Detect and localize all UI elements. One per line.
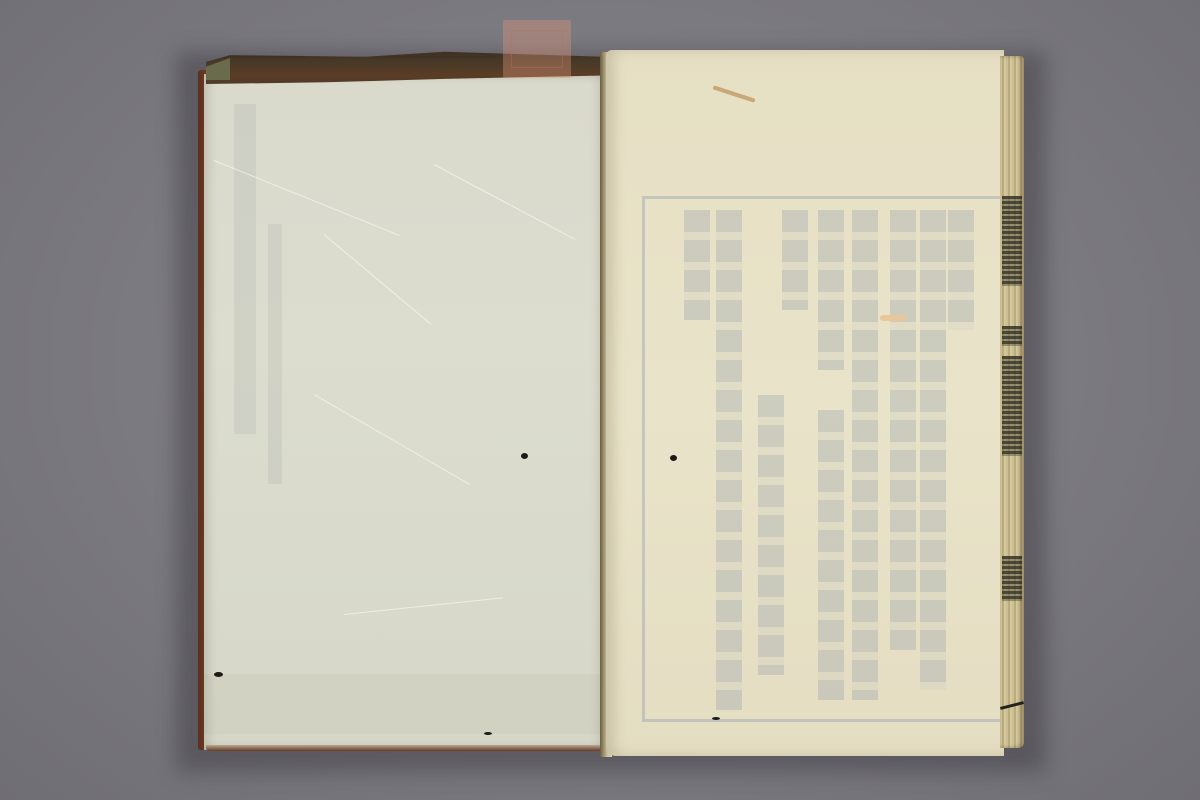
show-through-mark xyxy=(204,674,606,734)
ink-spot xyxy=(214,672,223,677)
paper-stain xyxy=(880,315,906,321)
fore-edge-mark xyxy=(1002,556,1022,601)
paper-crease xyxy=(434,164,576,240)
ink-spot xyxy=(712,717,720,720)
fore-edge-mark xyxy=(1002,356,1022,456)
text-column-bleed-through xyxy=(948,210,974,330)
text-column-bleed-through xyxy=(782,210,808,310)
seal-overlay xyxy=(503,20,571,78)
text-column-bleed-through xyxy=(716,210,742,710)
text-column-bleed-through xyxy=(818,210,844,370)
show-through-mark xyxy=(234,104,256,434)
left-cover-bottom-edge xyxy=(206,745,606,751)
book-fore-edge xyxy=(1000,56,1024,748)
ink-spot xyxy=(521,453,528,459)
paper-crease xyxy=(344,597,503,615)
seal-border xyxy=(511,30,563,68)
show-through-mark xyxy=(268,224,282,484)
fore-edge-mark xyxy=(1002,326,1022,346)
ink-spot xyxy=(670,455,677,461)
fore-edge-ink-line xyxy=(1000,701,1024,710)
ink-spot xyxy=(484,732,492,735)
text-column-bleed-through xyxy=(684,210,710,320)
fore-edge-mark xyxy=(1002,196,1022,286)
text-column-bleed-through xyxy=(890,210,916,650)
paper-crease xyxy=(324,234,432,325)
text-column-bleed-through xyxy=(920,210,946,690)
text-column-bleed-through xyxy=(852,210,878,700)
paper-crease xyxy=(314,394,470,485)
text-column-bleed-through xyxy=(818,410,844,700)
text-column-bleed-through xyxy=(758,395,784,675)
left-page xyxy=(204,74,606,750)
